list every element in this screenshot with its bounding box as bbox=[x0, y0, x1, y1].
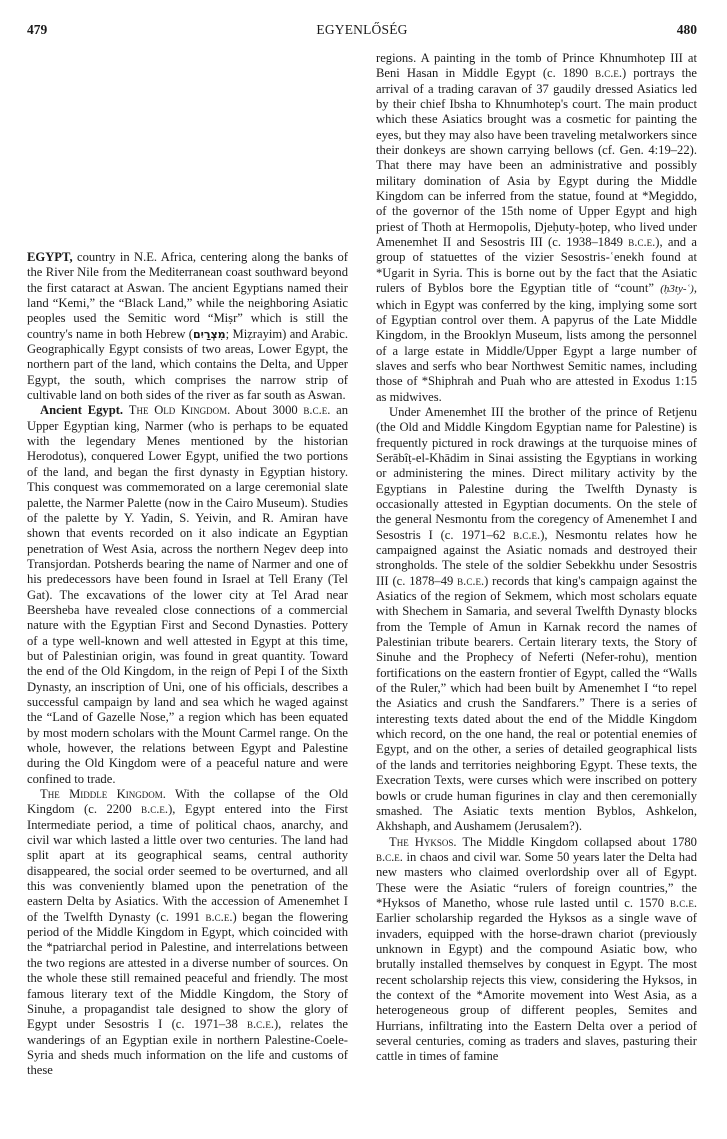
left-column: EGYPT, country in N.E. Africa, centering… bbox=[27, 250, 348, 1079]
body-text: About 3000 bbox=[230, 403, 303, 417]
running-title: EGYENLŐSÉG bbox=[27, 22, 697, 38]
paragraph-middle-kingdom: The Middle Kingdom. With the collapse of… bbox=[27, 787, 348, 1079]
era-abbrev: b.c.e. bbox=[457, 574, 484, 588]
paragraph-continuation: regions. A painting in the tomb of Princ… bbox=[376, 51, 697, 405]
era-abbrev: b.c.e. bbox=[376, 850, 403, 864]
body-text: ) began the flowering period of the Midd… bbox=[27, 910, 348, 1031]
subheading-ancient-egypt: Ancient Egypt. bbox=[40, 403, 123, 417]
era-abbrev: b.c.e. bbox=[206, 910, 233, 924]
page-number-right: 480 bbox=[677, 22, 697, 38]
era-abbrev: b.c.e. bbox=[141, 802, 168, 816]
body-text: ) records that king's campaign against t… bbox=[376, 574, 697, 834]
body-text: Earlier scholarship regarded the Hyksos … bbox=[376, 911, 697, 1063]
section-heading-hyksos: The Hyksos. bbox=[389, 835, 457, 849]
transliteration: (ḥ3ty-ʿ) bbox=[660, 283, 694, 295]
paragraph-hyksos: The Hyksos. The Middle Kingdom collapsed… bbox=[376, 835, 697, 1065]
section-heading-middle-kingdom: The Middle Kingdom. bbox=[40, 787, 166, 801]
entry-lemma: EGYPT, bbox=[27, 250, 73, 264]
body-text: ), Egypt entered into the First Intermed… bbox=[27, 802, 348, 923]
era-abbrev: b.c.e. bbox=[513, 528, 540, 542]
body-text: in chaos and civil war. Some 50 years la… bbox=[376, 850, 697, 910]
body-text: Under Amenemhet III the brother of the p… bbox=[376, 405, 697, 542]
body-text: The Middle Kingdom collapsed about 1780 bbox=[457, 835, 697, 849]
paragraph-old-kingdom: Ancient Egypt. The Old Kingdom. About 30… bbox=[27, 403, 348, 787]
body-text: , which in Egypt was conferred by the ki… bbox=[376, 281, 697, 403]
era-abbrev: b.c.e. bbox=[247, 1017, 274, 1031]
era-abbrev: b.c.e. bbox=[670, 896, 697, 910]
entry-paragraph-egypt: EGYPT, country in N.E. Africa, centering… bbox=[27, 250, 348, 403]
running-header: 479 EGYENLŐSÉG 480 bbox=[27, 22, 697, 42]
right-column: regions. A painting in the tomb of Princ… bbox=[376, 51, 697, 1065]
era-abbrev: b.c.e. bbox=[303, 403, 330, 417]
body-text: an Upper Egyptian king, Narmer (who is p… bbox=[27, 403, 348, 785]
paragraph-amenemhet-iii: Under Amenemhet III the brother of the p… bbox=[376, 405, 697, 835]
era-abbrev: b.c.e. bbox=[595, 66, 622, 80]
era-abbrev: b.c.e. bbox=[628, 235, 655, 249]
hebrew-word: מִצְרַיִם bbox=[193, 328, 226, 341]
section-heading-old-kingdom: The Old Kingdom. bbox=[129, 403, 230, 417]
body-text: ) portrays the arrival of a trading cara… bbox=[376, 66, 697, 249]
